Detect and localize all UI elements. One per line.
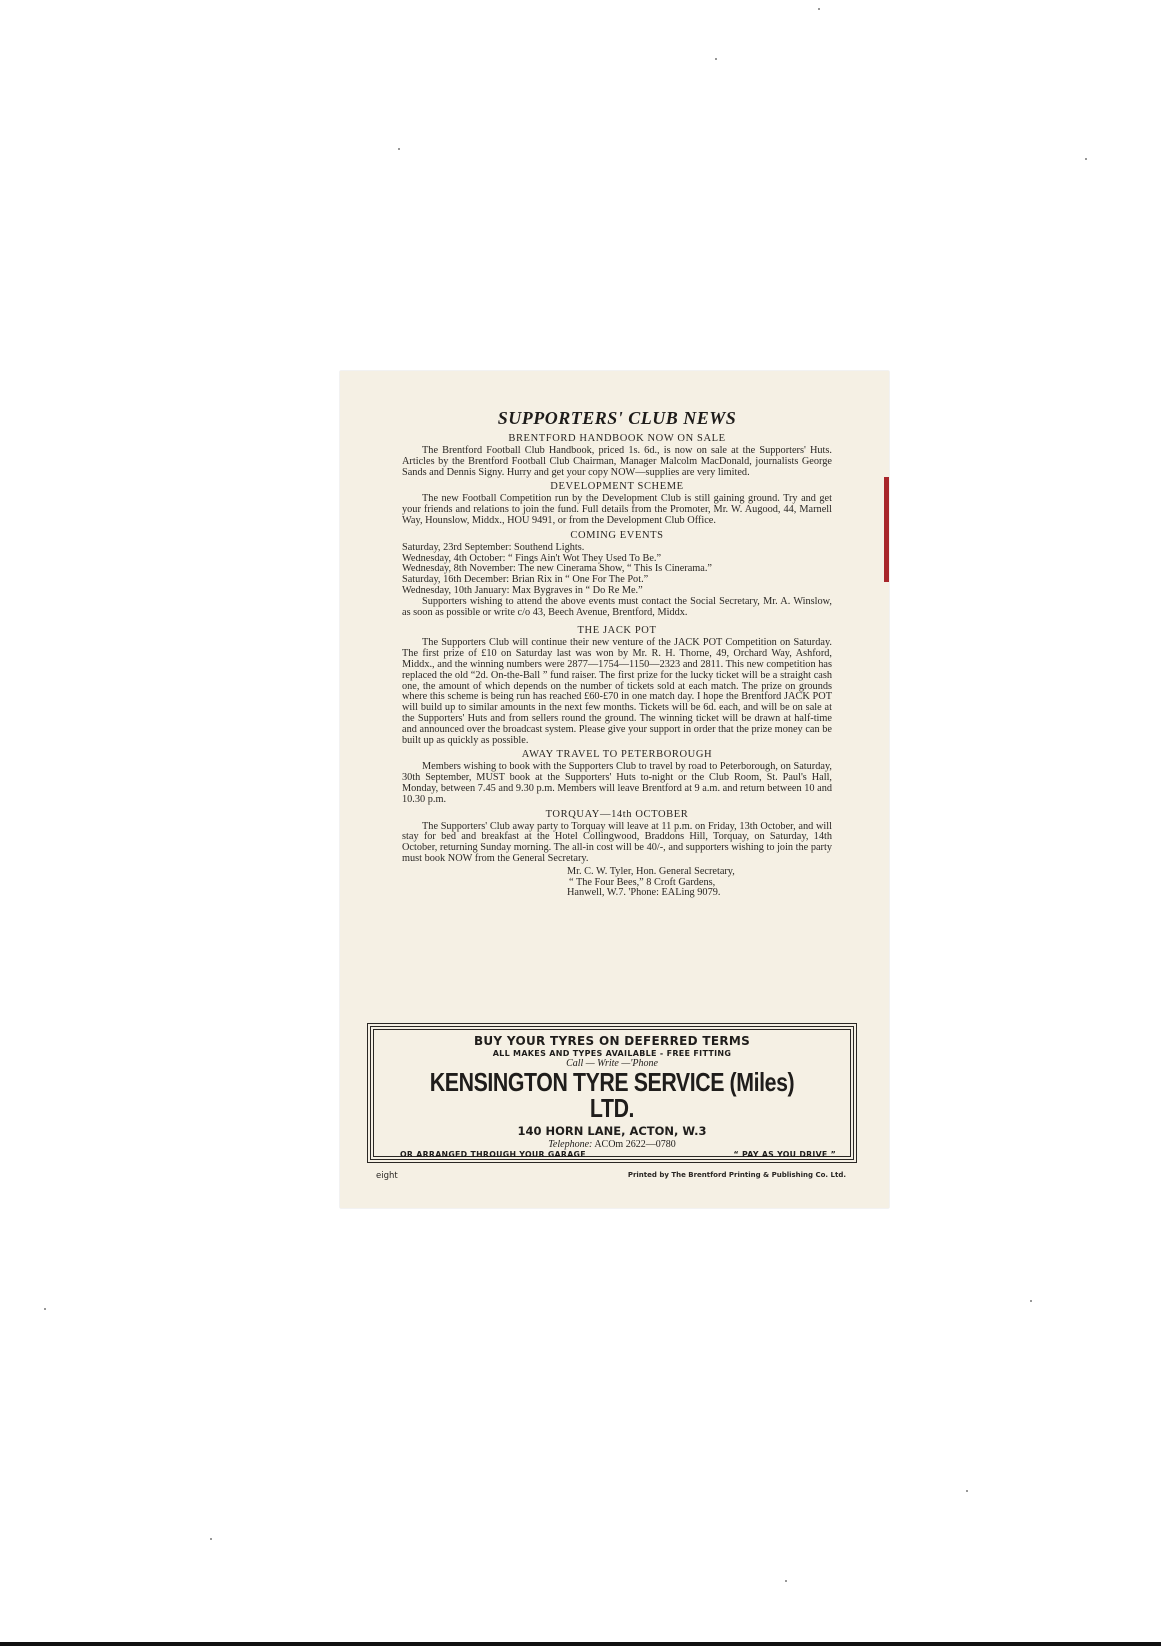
telephone-label: Telephone:: [548, 1139, 592, 1150]
advert-address: 140 HORN LANE, ACTON, W.3: [374, 1124, 850, 1138]
advert-company-name: KENSINGTON TYRE SERVICE (Miles) LTD.: [417, 1069, 807, 1121]
page-number: eight: [376, 1171, 398, 1181]
scan-speck: [818, 8, 820, 10]
scan-speck: [966, 1490, 968, 1492]
advert-right-tag: “ PAY AS YOU DRIVE ”: [734, 1150, 836, 1159]
tyre-advert: BUY YOUR TYRES ON DEFERRED TERMS ALL MAK…: [370, 1026, 854, 1160]
section-body-development: The new Football Competition run by the …: [402, 494, 832, 526]
signature-line: Mr. C. W. Tyler, Hon. General Secretary,: [567, 867, 832, 878]
section-body-coming-events: Supporters wishing to attend the above e…: [402, 597, 832, 619]
scan-speck: [715, 58, 717, 60]
signature-line: Hanwell, W.7. 'Phone: EALing 9079.: [567, 888, 832, 899]
red-spine-strip: [884, 477, 889, 582]
printer-credit: Printed by The Brentford Printing & Publ…: [628, 1171, 846, 1181]
programme-page: SUPPORTERS' CLUB NEWS BRENTFORD HANDBOOK…: [340, 371, 889, 1208]
advert-tagline-row: OR ARRANGED THROUGH YOUR GARAGE “ PAY AS…: [374, 1150, 850, 1159]
scan-edge-bar: [0, 1642, 1161, 1646]
section-heading-coming-events: COMING EVENTS: [402, 530, 832, 542]
section-body-peterborough: Members wishing to book with the Support…: [402, 762, 832, 805]
advert-telephone: Telephone: ACOm 2622—0780: [374, 1139, 850, 1150]
section-heading-handbook: BRENTFORD HANDBOOK NOW ON SALE: [402, 433, 832, 445]
scan-speck: [785, 1580, 787, 1582]
supporters-club-news: SUPPORTERS' CLUB NEWS BRENTFORD HANDBOOK…: [402, 407, 832, 899]
signature-block: Mr. C. W. Tyler, Hon. General Secretary,…: [567, 867, 832, 899]
event-item: Saturday, 23rd September: Southend Light…: [402, 543, 832, 554]
scan-speck: [44, 1308, 46, 1310]
page-footer: eight Printed by The Brentford Printing …: [376, 1171, 846, 1181]
section-body-handbook: The Brentford Football Club Handbook, pr…: [402, 446, 832, 478]
section-body-jack-pot: The Supporters Club will continue their …: [402, 638, 832, 746]
scan-speck: [1085, 158, 1087, 160]
section-body-torquay: The Supporters' Club away party to Torqu…: [402, 822, 832, 865]
telephone-number: ACOm 2622—0780: [594, 1139, 675, 1150]
advert-subline: ALL MAKES AND TYPES AVAILABLE - FREE FIT…: [374, 1049, 850, 1058]
scan-speck: [210, 1538, 212, 1540]
section-heading-torquay: TORQUAY—14th OCTOBER: [402, 809, 832, 821]
page-title: SUPPORTERS' CLUB NEWS: [402, 407, 832, 429]
section-heading-development: DEVELOPMENT SCHEME: [402, 481, 832, 493]
advert-headline: BUY YOUR TYRES ON DEFERRED TERMS: [374, 1034, 850, 1048]
advert-left-tag: OR ARRANGED THROUGH YOUR GARAGE: [400, 1150, 586, 1159]
section-heading-jack-pot: THE JACK POT: [402, 625, 832, 637]
scan-speck: [398, 148, 400, 150]
scan-speck: [1030, 1300, 1032, 1302]
section-heading-peterborough: AWAY TRAVEL TO PETERBOROUGH: [402, 749, 832, 761]
